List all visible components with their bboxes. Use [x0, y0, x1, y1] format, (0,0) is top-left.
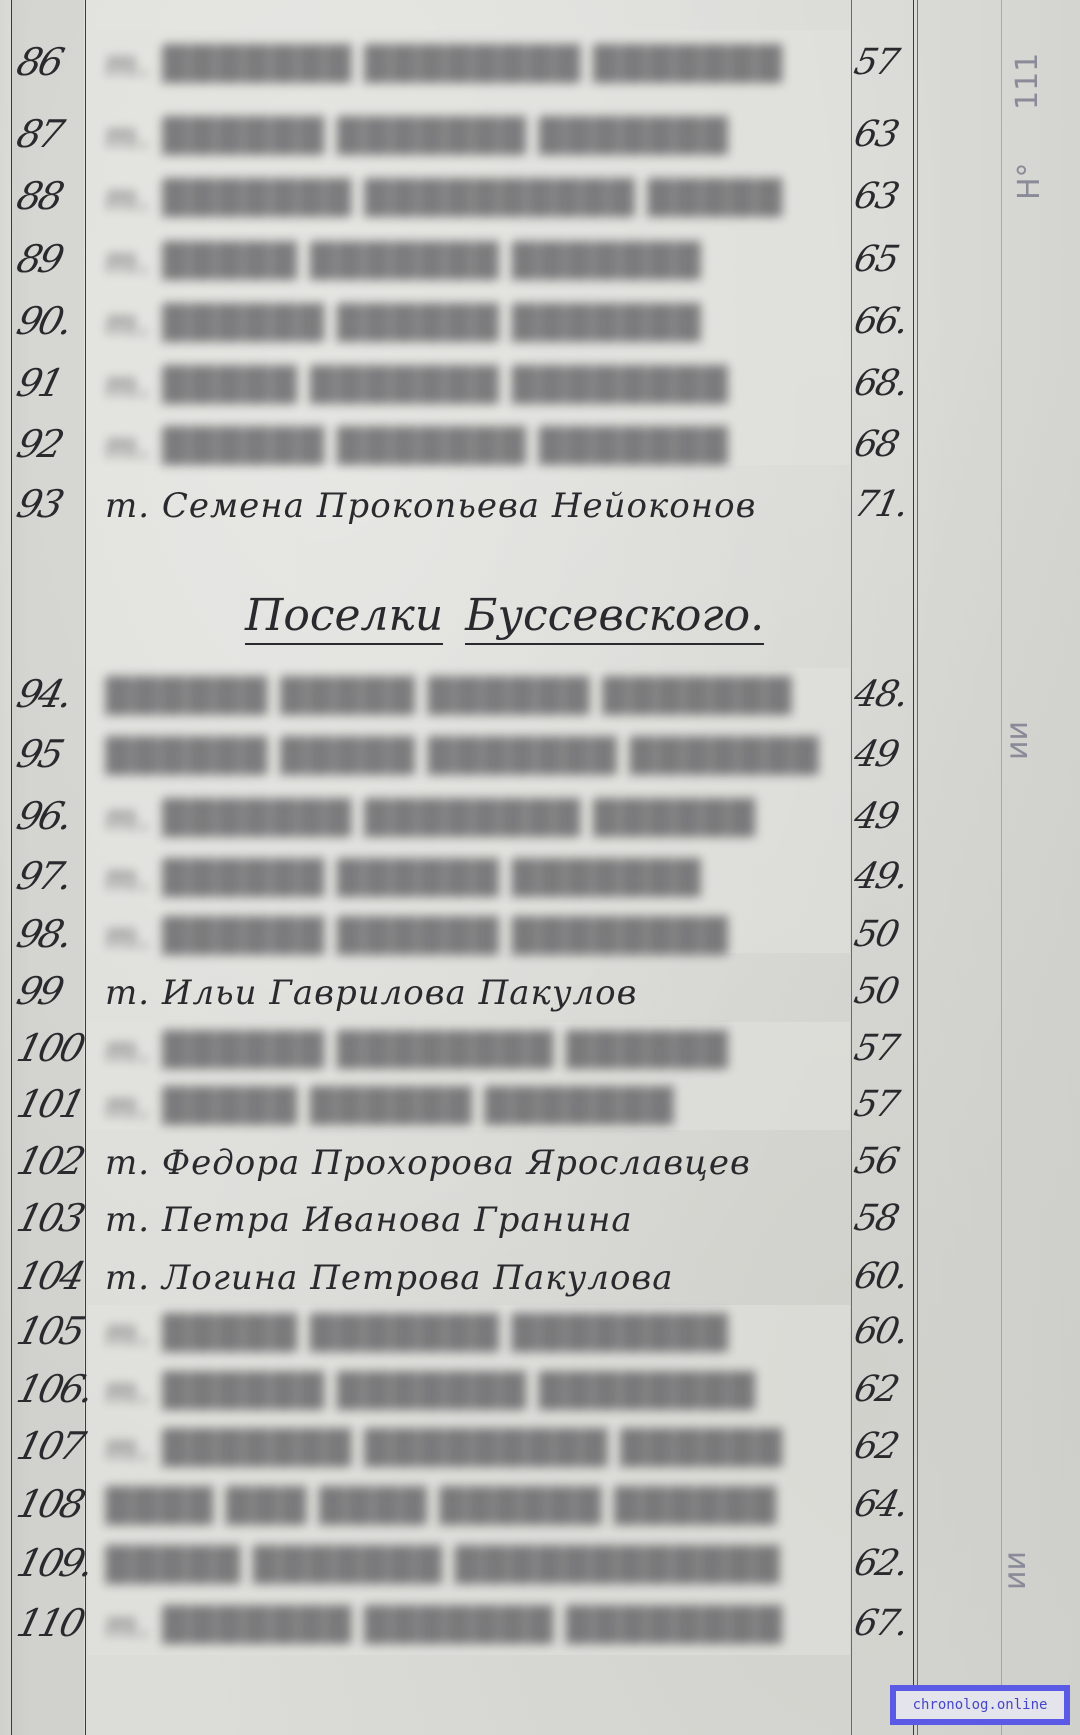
watermark-text: chronolog.online — [896, 1691, 1064, 1719]
row-name-redacted: т. ▓▓▓▓▓ ▓▓▓▓▓▓▓ ▓▓▓▓▓▓▓▓ — [105, 365, 850, 413]
row-age: 57 — [851, 1084, 920, 1125]
row-age: 48. — [851, 674, 920, 715]
row-number: 108 — [13, 1482, 86, 1526]
register-row: 90.т. ▓▓▓▓▓▓ ▓▓▓▓▓▓ ▓▓▓▓▓▓▓66. — [0, 295, 1080, 353]
row-number: 95 — [13, 732, 86, 776]
register-row: 94.▓▓▓▓▓▓ ▓▓▓▓▓ ▓▓▓▓▓▓ ▓▓▓▓▓▓▓48. — [0, 668, 1080, 726]
row-number: 99 — [13, 969, 86, 1013]
register-row: 87т. ▓▓▓▓▓▓ ▓▓▓▓▓▓▓ ▓▓▓▓▓▓▓63 — [0, 108, 1080, 166]
register-row: 107т. ▓▓▓▓▓▓▓ ▓▓▓▓▓▓▓▓▓ ▓▓▓▓▓▓62 — [0, 1420, 1080, 1478]
register-row: 97.т. ▓▓▓▓▓▓ ▓▓▓▓▓▓ ▓▓▓▓▓▓▓49. — [0, 850, 1080, 908]
row-age: 56 — [851, 1141, 920, 1182]
watermark-badge: chronolog.online — [890, 1685, 1070, 1725]
row-number: 91 — [13, 361, 86, 405]
row-number: 101 — [13, 1082, 86, 1126]
row-name-redacted: т. ▓▓▓▓▓▓ ▓▓▓▓▓▓▓ ▓▓▓▓▓▓▓ — [105, 116, 850, 164]
row-age: 58 — [851, 1198, 920, 1239]
row-age: 60. — [851, 1311, 920, 1352]
register-row: 103т. Петра Иванова Гранина58 — [0, 1192, 1080, 1250]
row-name-redacted: ▓▓▓▓ ▓▓▓ ▓▓▓▓ ▓▓▓▓▓▓ ▓▓▓▓▓▓ — [105, 1486, 850, 1534]
row-name-redacted: т. ▓▓▓▓▓▓ ▓▓▓▓▓▓▓ ▓▓▓▓▓▓▓ — [105, 426, 850, 474]
row-name-redacted: т. ▓▓▓▓▓▓ ▓▓▓▓▓▓ ▓▓▓▓▓▓▓ — [105, 303, 850, 351]
row-age: 49 — [851, 734, 920, 775]
row-age: 50 — [851, 971, 920, 1012]
row-number: 102 — [13, 1139, 86, 1183]
row-name-redacted: т. ▓▓▓▓▓▓▓ ▓▓▓▓▓▓▓▓▓ ▓▓▓▓▓▓ — [105, 1428, 850, 1476]
register-row: 108▓▓▓▓ ▓▓▓ ▓▓▓▓ ▓▓▓▓▓▓ ▓▓▓▓▓▓64. — [0, 1478, 1080, 1536]
row-number: 106. — [13, 1367, 86, 1411]
row-name-redacted: ▓▓▓▓▓▓ ▓▓▓▓▓ ▓▓▓▓▓▓ ▓▓▓▓▓▓▓ — [105, 676, 850, 724]
row-name: т. Петра Иванова Гранина — [105, 1200, 850, 1248]
row-name: т. Семена Прокопьева Нейоконов — [105, 486, 850, 534]
row-name: т. Логина Петрова Пакулова — [105, 1258, 850, 1306]
register-row: 100т. ▓▓▓▓▓▓ ▓▓▓▓▓▓▓▓ ▓▓▓▓▓▓57 — [0, 1022, 1080, 1080]
register-row: 89т. ▓▓▓▓▓ ▓▓▓▓▓▓▓ ▓▓▓▓▓▓▓65 — [0, 233, 1080, 291]
register-row: 96.т. ▓▓▓▓▓▓▓ ▓▓▓▓▓▓▓▓ ▓▓▓▓▓▓49 — [0, 790, 1080, 848]
row-age: 67. — [851, 1603, 920, 1644]
row-age: 50 — [851, 914, 920, 955]
row-name-redacted: т. ▓▓▓▓▓▓ ▓▓▓▓▓▓ ▓▓▓▓▓▓▓ — [105, 858, 850, 906]
row-age: 66. — [851, 301, 920, 342]
row-age: 62 — [851, 1369, 920, 1410]
row-age: 49. — [851, 856, 920, 897]
row-age: 68 — [851, 424, 920, 465]
row-number: 105 — [13, 1309, 86, 1353]
row-age: 60. — [851, 1256, 920, 1297]
row-number: 109. — [13, 1541, 86, 1585]
row-number: 98. — [13, 912, 86, 956]
register-row: 110т. ▓▓▓▓▓▓▓ ▓▓▓▓▓▓▓ ▓▓▓▓▓▓▓▓67. — [0, 1597, 1080, 1655]
row-number: 107 — [13, 1424, 86, 1468]
pencil-margin-note: Н° — [1012, 162, 1047, 200]
row-number: 104 — [13, 1254, 86, 1298]
row-number: 89 — [13, 237, 86, 281]
row-number: 100 — [13, 1026, 86, 1070]
register-page: 86т. ▓▓▓▓▓▓▓ ▓▓▓▓▓▓▓▓ ▓▓▓▓▓▓▓5787т. ▓▓▓▓… — [0, 0, 1080, 1735]
row-age: 49 — [851, 796, 920, 837]
row-number: 96. — [13, 794, 86, 838]
row-name-redacted: т. ▓▓▓▓▓▓▓ ▓▓▓▓▓▓▓▓▓▓ ▓▓▓▓▓ — [105, 178, 850, 226]
row-name-redacted: т. ▓▓▓▓▓ ▓▓▓▓▓▓▓ ▓▓▓▓▓▓▓▓ — [105, 1313, 850, 1361]
row-number: 94. — [13, 672, 86, 716]
row-number: 92 — [13, 422, 86, 466]
row-number: 90. — [13, 299, 86, 343]
register-row: 104т. Логина Петрова Пакулова60. — [0, 1250, 1080, 1308]
section-heading: ПоселкиБуссевского. — [245, 590, 785, 650]
row-number: 88 — [13, 174, 86, 218]
row-number: 93 — [13, 482, 86, 526]
row-name-redacted: т. ▓▓▓▓▓▓ ▓▓▓▓▓▓▓ ▓▓▓▓▓▓▓▓ — [105, 1371, 850, 1419]
row-number: 97. — [13, 854, 86, 898]
register-row: 91т. ▓▓▓▓▓ ▓▓▓▓▓▓▓ ▓▓▓▓▓▓▓▓68. — [0, 357, 1080, 415]
pencil-margin-note: 111 — [1010, 53, 1045, 110]
register-row: 88т. ▓▓▓▓▓▓▓ ▓▓▓▓▓▓▓▓▓▓ ▓▓▓▓▓63 — [0, 170, 1080, 228]
row-name-redacted: т. ▓▓▓▓▓▓▓ ▓▓▓▓▓▓▓▓ ▓▓▓▓▓▓▓ — [105, 44, 850, 92]
register-row: 98.т. ▓▓▓▓▓▓ ▓▓▓▓▓▓ ▓▓▓▓▓▓▓▓50 — [0, 908, 1080, 966]
row-name-redacted: т. ▓▓▓▓▓ ▓▓▓▓▓▓▓ ▓▓▓▓▓▓▓ — [105, 241, 850, 289]
section-heading-word-2: Буссевского. — [465, 590, 764, 645]
row-name-redacted: т. ▓▓▓▓▓▓▓ ▓▓▓▓▓▓▓ ▓▓▓▓▓▓▓▓ — [105, 1605, 850, 1653]
row-age: 57 — [851, 1028, 920, 1069]
register-row: 109.▓▓▓▓▓ ▓▓▓▓▓▓▓ ▓▓▓▓▓▓▓▓▓▓▓▓62. — [0, 1537, 1080, 1595]
register-row: 106.т. ▓▓▓▓▓▓ ▓▓▓▓▓▓▓ ▓▓▓▓▓▓▓▓62 — [0, 1363, 1080, 1421]
row-name-redacted: т. ▓▓▓▓▓ ▓▓▓▓▓▓ ▓▓▓▓▓▓▓ — [105, 1086, 850, 1134]
row-age: 62 — [851, 1426, 920, 1467]
row-name-redacted: ▓▓▓▓▓ ▓▓▓▓▓▓▓ ▓▓▓▓▓▓▓▓▓▓▓▓ — [105, 1545, 850, 1593]
register-row: 86т. ▓▓▓▓▓▓▓ ▓▓▓▓▓▓▓▓ ▓▓▓▓▓▓▓57 — [0, 36, 1080, 94]
row-name-redacted: т. ▓▓▓▓▓▓ ▓▓▓▓▓▓ ▓▓▓▓▓▓▓▓ — [105, 916, 850, 964]
row-age: 65 — [851, 239, 920, 280]
row-name-redacted: ▓▓▓▓▓▓ ▓▓▓▓▓ ▓▓▓▓▓▓▓ ▓▓▓▓▓▓▓ — [105, 736, 850, 784]
row-age: 64. — [851, 1484, 920, 1525]
register-row: 101т. ▓▓▓▓▓ ▓▓▓▓▓▓ ▓▓▓▓▓▓▓57 — [0, 1078, 1080, 1136]
row-age: 63 — [851, 114, 920, 155]
row-number: 87 — [13, 112, 86, 156]
register-row: 105т. ▓▓▓▓▓ ▓▓▓▓▓▓▓ ▓▓▓▓▓▓▓▓60. — [0, 1305, 1080, 1363]
register-row: 95▓▓▓▓▓▓ ▓▓▓▓▓ ▓▓▓▓▓▓▓ ▓▓▓▓▓▓▓49 — [0, 728, 1080, 786]
register-row: 99т. Ильи Гаврилова Пакулов50 — [0, 965, 1080, 1023]
row-name-redacted: т. ▓▓▓▓▓▓▓ ▓▓▓▓▓▓▓▓ ▓▓▓▓▓▓ — [105, 798, 850, 846]
row-age: 63 — [851, 176, 920, 217]
section-heading-word-1: Поселки — [245, 590, 443, 645]
row-age: 71. — [851, 484, 920, 525]
row-number: 86 — [13, 40, 86, 84]
row-name: т. Федора Прохорова Ярославцев — [105, 1143, 850, 1191]
pencil-margin-note: ии — [1000, 721, 1035, 760]
pencil-margin-note: ии — [998, 1551, 1033, 1590]
row-age: 57 — [851, 42, 920, 83]
register-row: 93т. Семена Прокопьева Нейоконов71. — [0, 478, 1080, 536]
row-number: 110 — [13, 1601, 86, 1645]
row-number: 103 — [13, 1196, 86, 1240]
row-name-redacted: т. ▓▓▓▓▓▓ ▓▓▓▓▓▓▓▓ ▓▓▓▓▓▓ — [105, 1030, 850, 1078]
register-row: 102т. Федора Прохорова Ярославцев56 — [0, 1135, 1080, 1193]
row-age: 68. — [851, 363, 920, 404]
row-age: 62. — [851, 1543, 920, 1584]
row-name: т. Ильи Гаврилова Пакулов — [105, 973, 850, 1021]
register-row: 92т. ▓▓▓▓▓▓ ▓▓▓▓▓▓▓ ▓▓▓▓▓▓▓68 — [0, 418, 1080, 476]
